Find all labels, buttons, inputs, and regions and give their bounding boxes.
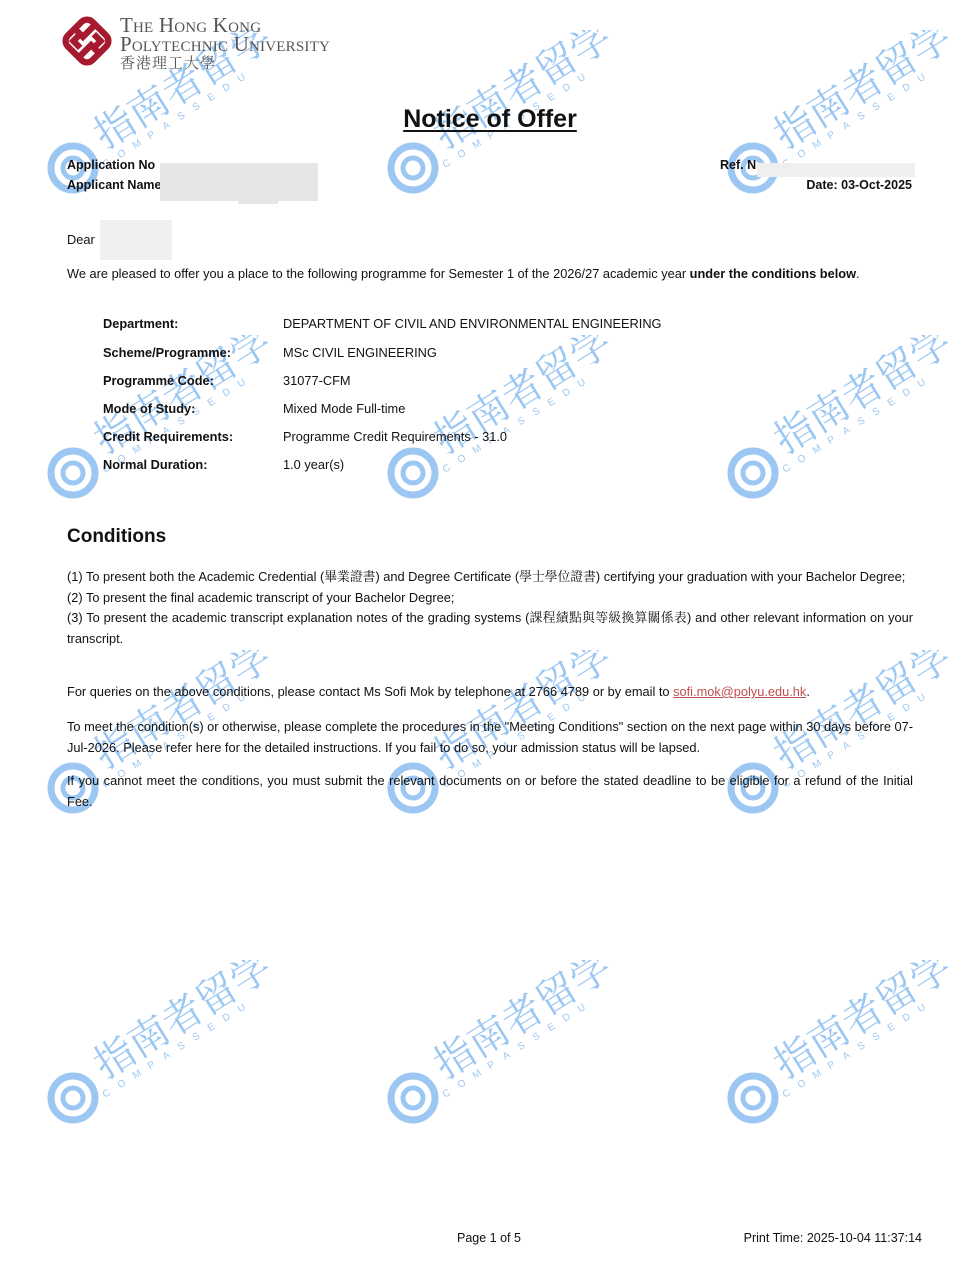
logo-name-line2: Polytechnic University xyxy=(120,34,330,55)
svg-text:S: S xyxy=(516,1040,528,1053)
svg-text:S: S xyxy=(871,406,883,419)
svg-text:A: A xyxy=(841,1050,853,1063)
programme-row-label: Scheme/Programme: xyxy=(103,343,231,363)
svg-text:C: C xyxy=(441,157,453,170)
queries-paragraph: For queries on the above conditions, ple… xyxy=(67,682,913,703)
svg-text:M: M xyxy=(131,1068,144,1082)
svg-text:指南者留学: 指南者留学 xyxy=(86,650,275,778)
programme-row-label: Normal Duration: xyxy=(103,455,208,475)
programme-row-label: Department: xyxy=(103,314,178,334)
svg-text:M: M xyxy=(811,138,824,152)
redacted-ref-no xyxy=(757,163,915,177)
offer-intro: We are pleased to offer you a place to t… xyxy=(67,264,860,284)
svg-text:D: D xyxy=(901,386,913,399)
svg-text:E: E xyxy=(546,91,558,104)
applicant-name-label: Applicant Name xyxy=(67,178,161,192)
svg-text:指南者留学: 指南者留学 xyxy=(426,30,615,158)
svg-text:P: P xyxy=(146,1059,158,1072)
page-number: Page 1 of 5 xyxy=(457,1231,521,1245)
svg-text:O: O xyxy=(116,1077,129,1091)
compassedu-logo-icon xyxy=(391,1076,435,1120)
svg-text:M: M xyxy=(471,138,484,152)
svg-text:O: O xyxy=(796,147,809,161)
svg-text:U: U xyxy=(236,1002,248,1015)
svg-text:C: C xyxy=(781,1087,793,1100)
programme-row-value: Programme Credit Requirements - 31.0 xyxy=(283,427,507,447)
polyu-knot-icon xyxy=(58,12,116,70)
svg-text:S: S xyxy=(176,1040,188,1053)
programme-row-value: 1.0 year(s) xyxy=(283,455,344,475)
programme-row-value: DEPARTMENT OF CIVIL AND ENVIRONMENTAL EN… xyxy=(283,314,662,334)
redacted-applicant-info xyxy=(160,163,318,201)
svg-text:U: U xyxy=(916,72,928,85)
svg-text:A: A xyxy=(841,425,853,438)
logo-name-chinese: 香港理工大學 xyxy=(120,56,330,71)
condition-item: (2) To present the final academic transc… xyxy=(67,588,913,609)
compassedu-watermark: 指南者留学 COMPASSEDU xyxy=(45,960,275,1130)
svg-text:M: M xyxy=(471,1068,484,1082)
compassedu-logo-icon xyxy=(391,451,435,495)
svg-text:指南者留学: 指南者留学 xyxy=(426,960,615,1088)
page-title: Notice of Offer xyxy=(0,105,976,134)
svg-text:S: S xyxy=(531,406,543,419)
svg-text:O: O xyxy=(456,1077,469,1091)
programme-row-label: Mode of Study: xyxy=(103,399,195,419)
compassedu-watermark: 指南者留学 COMPASSEDU xyxy=(725,335,955,505)
programme-row-label: Credit Requirements: xyxy=(103,427,233,447)
svg-text:U: U xyxy=(916,377,928,390)
polyu-logo: The Hong Kong Polytechnic University 香港理… xyxy=(58,12,330,71)
refund-notice-paragraph: If you cannot meet the conditions, you m… xyxy=(67,771,913,812)
application-no-label: Application No xyxy=(67,158,155,172)
svg-text:指南者留学: 指南者留学 xyxy=(426,650,615,778)
svg-text:P: P xyxy=(826,1059,838,1072)
svg-text:C: C xyxy=(101,1087,113,1100)
svg-text:D: D xyxy=(561,386,573,399)
greeting: Dear xyxy=(67,230,95,250)
svg-text:指南者留学: 指南者留学 xyxy=(766,335,955,463)
svg-text:M: M xyxy=(811,758,824,772)
compassedu-watermark: 指南者留学 COMPASSEDU xyxy=(725,960,955,1130)
svg-text:D: D xyxy=(901,701,913,714)
svg-text:U: U xyxy=(916,1002,928,1015)
svg-text:U: U xyxy=(576,1002,588,1015)
programme-row-value: Mixed Mode Full-time xyxy=(283,399,405,419)
ref-no-label: Ref. N xyxy=(720,158,756,172)
svg-text:C: C xyxy=(441,1087,453,1100)
svg-text:E: E xyxy=(546,396,558,409)
svg-text:指南者留学: 指南者留学 xyxy=(766,960,955,1088)
compassedu-logo-icon xyxy=(731,1076,775,1120)
svg-text:U: U xyxy=(576,72,588,85)
svg-text:E: E xyxy=(546,1021,558,1034)
svg-text:D: D xyxy=(561,1011,573,1024)
svg-text:A: A xyxy=(501,1050,513,1063)
programme-row-value: MSc CIVIL ENGINEERING xyxy=(283,343,437,363)
conditions-heading: Conditions xyxy=(67,526,166,548)
svg-text:O: O xyxy=(456,452,469,466)
svg-text:M: M xyxy=(811,1068,824,1082)
svg-text:E: E xyxy=(206,91,218,104)
svg-text:D: D xyxy=(561,701,573,714)
svg-text:S: S xyxy=(516,415,528,428)
svg-text:指南者留学: 指南者留学 xyxy=(766,650,955,778)
contact-email-link[interactable]: sofi.mok@polyu.edu.hk xyxy=(673,684,806,699)
svg-text:指南者留学: 指南者留学 xyxy=(86,960,275,1088)
programme-row-value: 31077-CFM xyxy=(283,371,351,391)
svg-text:P: P xyxy=(486,1059,498,1072)
meeting-conditions-paragraph: To meet the condition(s) or otherwise, p… xyxy=(67,717,913,758)
redacted-recipient-name xyxy=(100,220,172,260)
svg-text:S: S xyxy=(191,1031,203,1044)
svg-text:E: E xyxy=(886,1021,898,1034)
programme-row-label: Programme Code: xyxy=(103,371,214,391)
compassedu-logo-icon xyxy=(391,146,435,190)
svg-text:D: D xyxy=(221,386,233,399)
svg-text:D: D xyxy=(221,701,233,714)
svg-text:M: M xyxy=(131,758,144,772)
svg-text:U: U xyxy=(916,692,928,705)
print-time: Print Time: 2025-10-04 11:37:14 xyxy=(744,1231,922,1245)
svg-text:O: O xyxy=(456,147,469,161)
condition-item: (1) To present both the Academic Credent… xyxy=(67,567,913,588)
svg-text:U: U xyxy=(236,377,248,390)
conditions-list: (1) To present both the Academic Credent… xyxy=(67,567,913,649)
svg-text:D: D xyxy=(561,81,573,94)
svg-text:U: U xyxy=(576,377,588,390)
svg-text:S: S xyxy=(531,1031,543,1044)
svg-text:S: S xyxy=(871,1031,883,1044)
svg-text:M: M xyxy=(471,758,484,772)
compassedu-logo-icon xyxy=(51,1076,95,1120)
svg-text:E: E xyxy=(886,91,898,104)
svg-text:S: S xyxy=(856,415,868,428)
svg-text:S: S xyxy=(856,1040,868,1053)
svg-text:指南者留学: 指南者留学 xyxy=(766,30,955,158)
svg-text:E: E xyxy=(206,396,218,409)
svg-text:D: D xyxy=(221,1011,233,1024)
svg-text:P: P xyxy=(826,434,838,447)
svg-text:E: E xyxy=(206,1021,218,1034)
svg-text:U: U xyxy=(236,72,248,85)
svg-text:E: E xyxy=(886,396,898,409)
compassedu-logo-icon xyxy=(51,451,95,495)
svg-text:D: D xyxy=(221,81,233,94)
letter-date: Date: 03-Oct-2025 xyxy=(806,178,912,192)
svg-text:O: O xyxy=(796,1077,809,1091)
svg-text:C: C xyxy=(441,462,453,475)
svg-text:C: C xyxy=(781,462,793,475)
offer-letter-page: 指南者留学 COMPASSEDU 指南者留学 COMPASSEDU 指南者留学 … xyxy=(0,0,976,1268)
svg-text:D: D xyxy=(901,1011,913,1024)
compassedu-logo-icon xyxy=(731,451,775,495)
condition-item: (3) To present the academic transcript e… xyxy=(67,608,913,649)
svg-text:M: M xyxy=(811,443,824,457)
svg-text:D: D xyxy=(901,81,913,94)
offer-intro-emphasis: under the conditions below xyxy=(690,266,856,281)
compassedu-watermark: 指南者留学 COMPASSEDU xyxy=(385,960,615,1130)
svg-text:M: M xyxy=(131,138,144,152)
svg-text:A: A xyxy=(161,1050,173,1063)
redacted-applicant-info-tail xyxy=(238,198,278,204)
svg-text:O: O xyxy=(796,452,809,466)
